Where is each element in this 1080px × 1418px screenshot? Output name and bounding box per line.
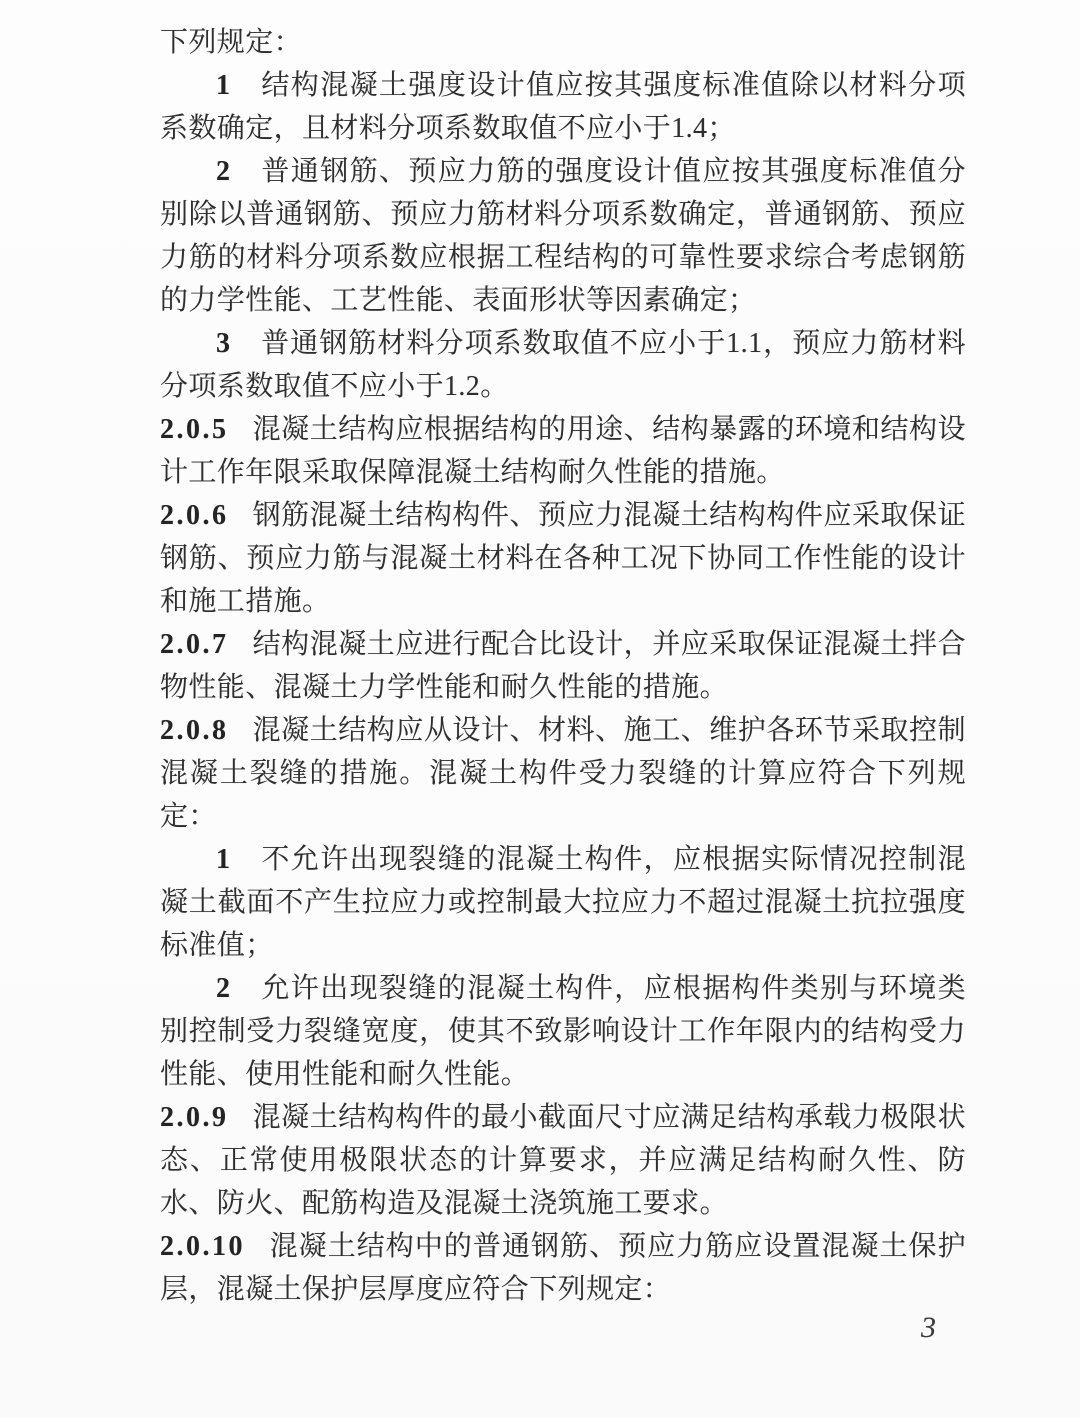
clause-2-0-10: 2.0.10混凝土结构中的普通钢筋、预应力筋应设置混凝土保护层，混凝土保护层厚度… [160,1225,966,1311]
clause-number: 2.0.10 [160,1231,245,1262]
clause-2-0-7: 2.0.7结构混凝土应进行配合比设计，并应采取保证混凝土拌合物性能、混凝土力学性… [160,623,966,709]
paragraph-text: 普通钢筋材料分项系数取值不应小于1.1，预应力筋材料分项系数取值不应小于1.2。 [160,328,966,402]
numbered-item: 3普通钢筋材料分项系数取值不应小于1.1，预应力筋材料分项系数取值不应小于1.2… [160,322,966,408]
clause-2-0-8: 2.0.8混凝土结构应从设计、材料、施工、维护各环节采取控制混凝土裂缝的措施。混… [160,709,966,838]
page-number: 3 [921,1306,936,1349]
clause-number: 2.0.6 [160,500,229,531]
paragraph-text: 普通钢筋、预应力筋的强度设计值应按其强度标准值分别除以普通钢筋、预应力筋材料分项… [160,156,966,316]
paragraph-text: 结构混凝土应进行配合比设计，并应采取保证混凝土拌合物性能、混凝土力学性能和耐久性… [160,629,966,703]
clause-number: 2.0.8 [160,715,229,746]
clause-number: 2.0.7 [160,629,229,660]
paragraph-text: 钢筋混凝土结构构件、预应力混凝土结构构件应采取保证钢筋、预应力筋与混凝土材料在各… [160,500,966,617]
item-number: 2 [216,973,230,1004]
clause-2-0-5: 2.0.5混凝土结构应根据结构的用途、结构暴露的环境和结构设计工作年限采取保障混… [160,408,966,494]
paragraph-text: 不允许出现裂缝的混凝土构件，应根据实际情况控制混凝土截面不产生拉应力或控制最大拉… [160,844,966,961]
paragraph-text: 结构混凝土强度设计值应按其强度标准值除以材料分项系数确定，且材料分项系数取值不应… [160,70,966,144]
paragraph-text: 混凝土结构应根据结构的用途、结构暴露的环境和结构设计工作年限采取保障混凝土结构耐… [160,414,966,488]
item-number: 1 [216,70,230,101]
paragraph-text: 下列规定： [160,27,302,58]
paragraph-text: 混凝土结构中的普通钢筋、预应力筋应设置混凝土保护层，混凝土保护层厚度应符合下列规… [160,1231,966,1305]
numbered-item: 2允许出现裂缝的混凝土构件，应根据构件类别与环境类别控制受力裂缝宽度，使其不致影… [160,967,966,1096]
item-number: 2 [216,156,230,187]
numbered-item: 1不允许出现裂缝的混凝土构件，应根据实际情况控制混凝土截面不产生拉应力或控制最大… [160,838,966,967]
paragraph-text: 混凝土结构构件的最小截面尺寸应满足结构承载力极限状态、正常使用极限状态的计算要求… [160,1102,966,1219]
clause-number: 2.0.9 [160,1102,229,1133]
item-number: 1 [216,844,230,875]
plain-paragraph: 下列规定： [160,21,966,64]
paragraph-text: 混凝土结构应从设计、材料、施工、维护各环节采取控制混凝土裂缝的措施。混凝土构件受… [160,715,966,832]
numbered-item: 2普通钢筋、预应力筋的强度设计值应按其强度标准值分别除以普通钢筋、预应力筋材料分… [160,150,966,322]
document-body: 下列规定：1结构混凝土强度设计值应按其强度标准值除以材料分项系数确定，且材料分项… [160,21,966,1311]
clause-2-0-9: 2.0.9混凝土结构构件的最小截面尺寸应满足结构承载力极限状态、正常使用极限状态… [160,1096,966,1225]
numbered-item: 1结构混凝土强度设计值应按其强度标准值除以材料分项系数确定，且材料分项系数取值不… [160,64,966,150]
clause-number: 2.0.5 [160,414,229,445]
paragraph-text: 允许出现裂缝的混凝土构件，应根据构件类别与环境类别控制受力裂缝宽度，使其不致影响… [160,973,966,1090]
document-page: 下列规定：1结构混凝土强度设计值应按其强度标准值除以材料分项系数确定，且材料分项… [0,0,1080,1418]
clause-2-0-6: 2.0.6钢筋混凝土结构构件、预应力混凝土结构构件应采取保证钢筋、预应力筋与混凝… [160,494,966,623]
item-number: 3 [216,328,230,359]
